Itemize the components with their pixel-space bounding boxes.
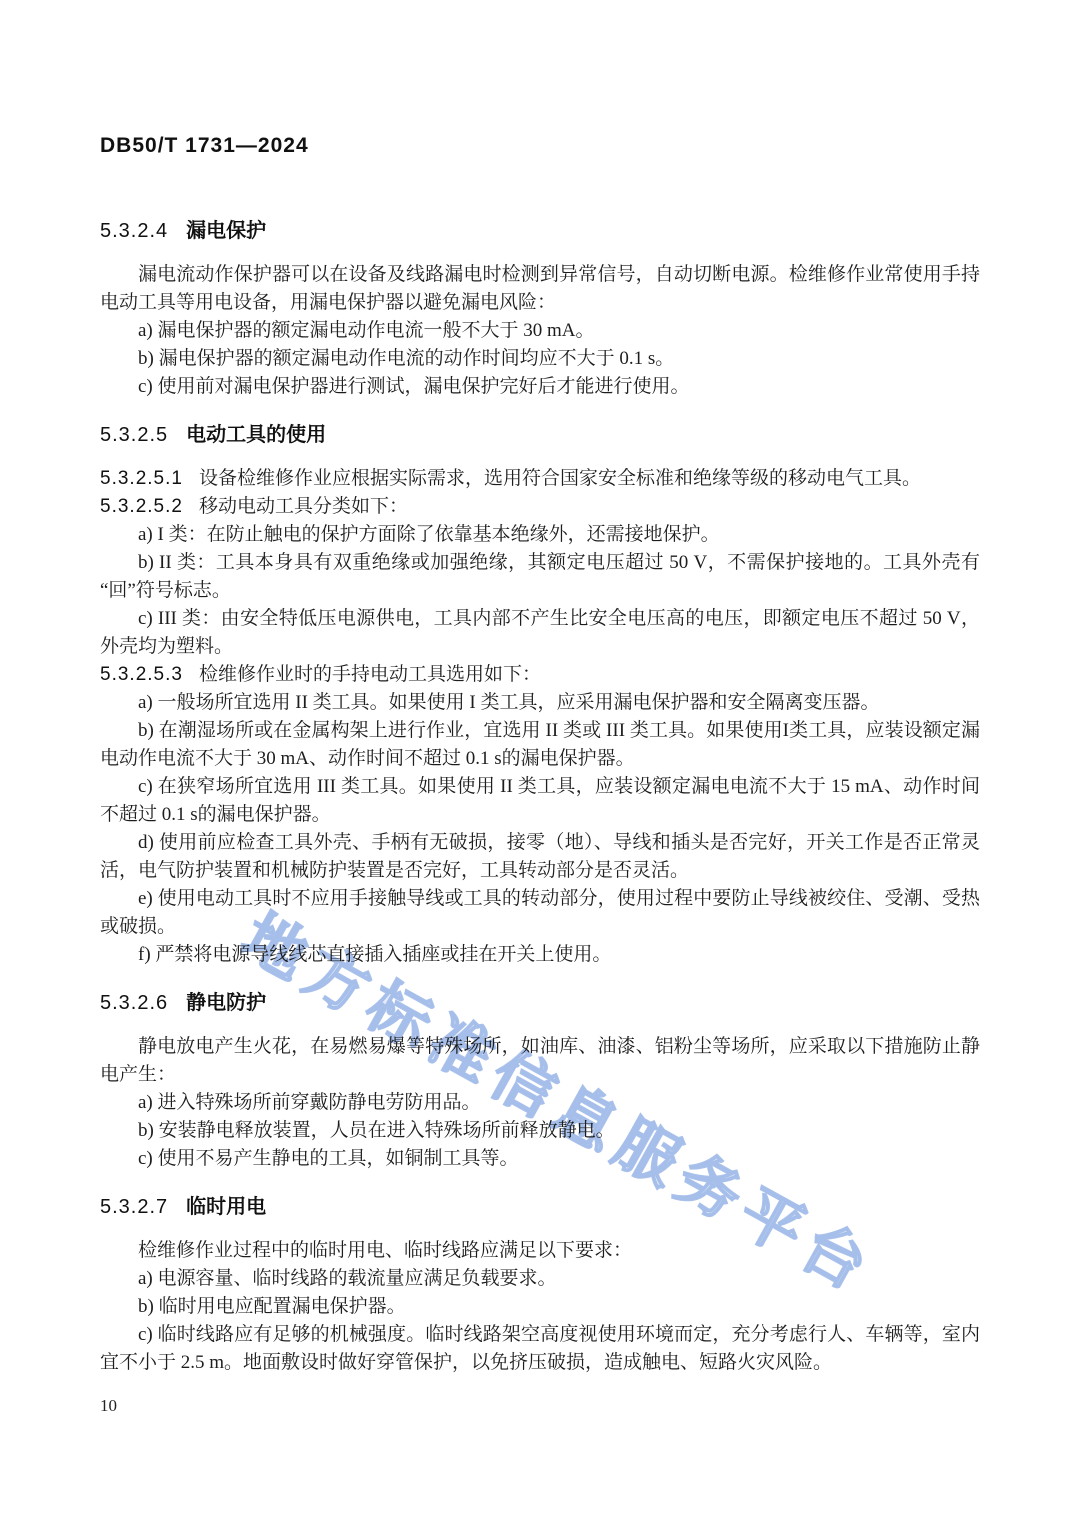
paragraph: 漏电流动作保护器可以在设备及线路漏电时检测到异常信号，自动切断电源。检维修作业常…	[100, 261, 980, 317]
section-number: 5.3.2.7	[100, 1196, 168, 1218]
list-item: f) 严禁将电源导线线芯直接插入插座或挂在开关上使用。	[100, 941, 980, 969]
paragraph: 静电放电产生火花，在易燃易爆等特殊场所，如油库、油漆、铝粉尘等场所，应采取以下措…	[100, 1033, 980, 1089]
section-number: 5.3.2.6	[100, 992, 168, 1014]
list-item: a) 漏电保护器的额定漏电动作电流一般不大于 30 mA。	[100, 317, 980, 345]
section-heading: 5.3.2.6静电防护	[100, 989, 980, 1017]
list-item: c) 临时线路应有足够的机械强度。临时线路架空高度视使用环境而定，充分考虑行人、…	[100, 1321, 980, 1377]
clause-paragraph: 5.3.2.5.3检维修作业时的手持电动工具选用如下：	[100, 661, 980, 689]
section-title: 电动工具的使用	[186, 424, 326, 446]
clause-text: 设备检维修作业应根据实际需求，选用符合国家安全标准和绝缘等级的移动电气工具。	[199, 468, 921, 489]
section-title: 漏电保护	[186, 220, 266, 242]
section-title: 临时用电	[186, 1196, 266, 1218]
clause-text: 检维修作业时的手持电动工具选用如下：	[199, 664, 541, 685]
section-number: 5.3.2.5	[100, 424, 168, 446]
section-heading: 5.3.2.7临时用电	[100, 1193, 980, 1221]
section-heading: 5.3.2.4漏电保护	[100, 217, 980, 245]
list-item: b) 安装静电释放装置，人员在进入特殊场所前释放静电。	[100, 1117, 980, 1145]
document-body: 5.3.2.4漏电保护漏电流动作保护器可以在设备及线路漏电时检测到异常信号，自动…	[100, 205, 980, 1377]
document-page: DB50/T 1731—2024 地方标准信息服务平台 5.3.2.4漏电保护漏…	[0, 0, 1080, 1526]
list-item: c) 使用不易产生静电的工具，如铜制工具等。	[100, 1145, 980, 1173]
section-number: 5.3.2.4	[100, 220, 168, 242]
clause-number: 5.3.2.5.1	[100, 468, 183, 489]
list-item: a) 进入特殊场所前穿戴防静电劳防用品。	[100, 1089, 980, 1117]
paragraph: 检维修作业过程中的临时用电、临时线路应满足以下要求：	[100, 1237, 980, 1265]
list-item: a) 电源容量、临时线路的载流量应满足负载要求。	[100, 1265, 980, 1293]
list-item: e) 使用电动工具时不应用手接触导线或工具的转动部分，使用过程中要防止导线被绞住…	[100, 885, 980, 941]
list-item: b) 在潮湿场所或在金属构架上进行作业，宜选用 II 类或 III 类工具。如果…	[100, 717, 980, 773]
list-item: b) 临时用电应配置漏电保护器。	[100, 1293, 980, 1321]
clause-number: 5.3.2.5.2	[100, 496, 183, 517]
list-item: c) 在狭窄场所宜选用 III 类工具。如果使用 II 类工具，应装设额定漏电电…	[100, 773, 980, 829]
section-heading: 5.3.2.5电动工具的使用	[100, 421, 980, 449]
list-item: c) III 类：由安全特低压电源供电，工具内部不产生比安全电压高的电压，即额定…	[100, 605, 980, 661]
list-item: c) 使用前对漏电保护器进行测试，漏电保护完好后才能进行使用。	[100, 373, 980, 401]
clause-paragraph: 5.3.2.5.2移动电动工具分类如下：	[100, 493, 980, 521]
section-title: 静电防护	[186, 992, 266, 1014]
list-item: b) II 类：工具本身具有双重绝缘或加强绝缘，其额定电压超过 50 V，不需保…	[100, 549, 980, 605]
clause-text: 移动电动工具分类如下：	[199, 496, 408, 517]
page-number: 10	[100, 1396, 117, 1416]
clause-number: 5.3.2.5.3	[100, 664, 183, 685]
clause-paragraph: 5.3.2.5.1设备检维修作业应根据实际需求，选用符合国家安全标准和绝缘等级的…	[100, 465, 980, 493]
list-item: a) I 类：在防止触电的保护方面除了依靠基本绝缘外，还需接地保护。	[100, 521, 980, 549]
standard-code-header: DB50/T 1731—2024	[100, 134, 309, 158]
list-item: a) 一般场所宜选用 II 类工具。如果使用 I 类工具，应采用漏电保护器和安全…	[100, 689, 980, 717]
list-item: b) 漏电保护器的额定漏电动作电流的动作时间均应不大于 0.1 s。	[100, 345, 980, 373]
list-item: d) 使用前应检查工具外壳、手柄有无破损，接零（地）、导线和插头是否完好，开关工…	[100, 829, 980, 885]
